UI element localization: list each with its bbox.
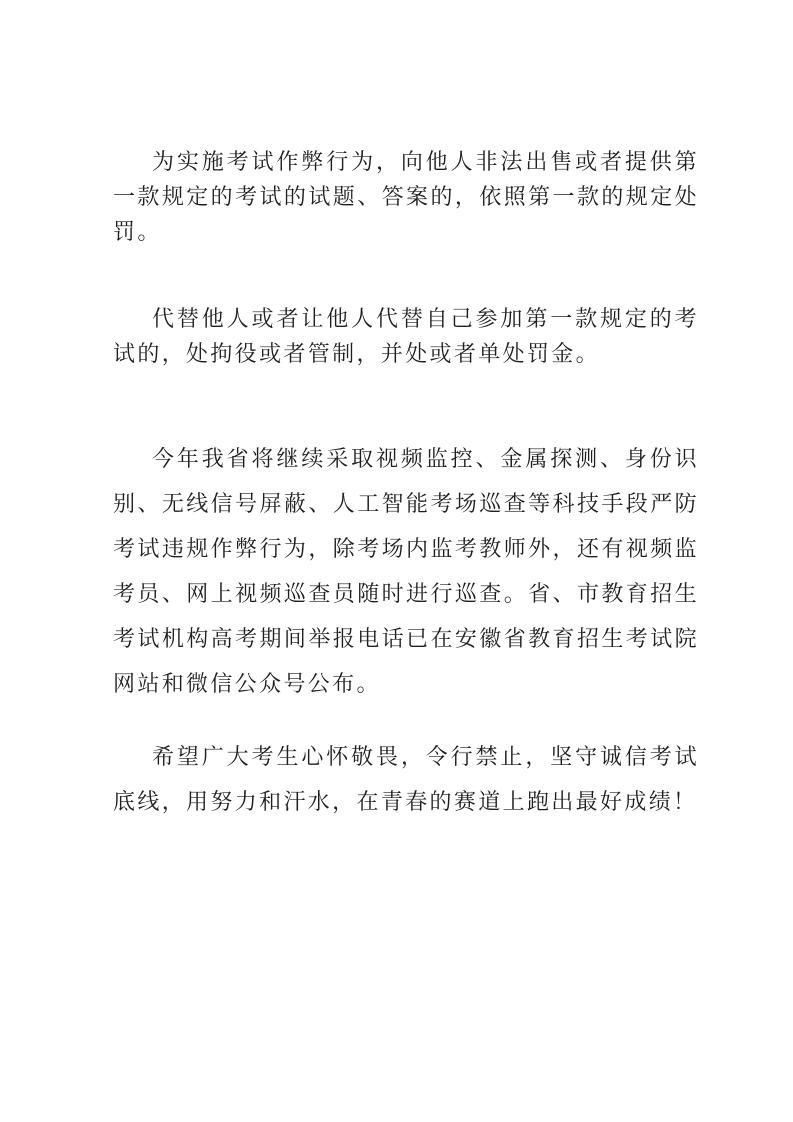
paragraph-penalty-selling-answers: 为实施考试作弊行为，向他人非法出售或者提供第一款规定的考试的试题、答案的，依照第… — [113, 144, 699, 249]
document-page: 为实施考试作弊行为，向他人非法出售或者提供第一款规定的考试的试题、答案的，依照第… — [0, 0, 793, 1122]
paragraph-anti-cheating-measures: 今年我省将继续采取视频监控、金属探测、身份识别、无线信号屏蔽、人工智能考场巡查等… — [113, 436, 699, 706]
document-body: 为实施考试作弊行为，向他人非法出售或者提供第一款规定的考试的试题、答案的，依照第… — [113, 0, 699, 824]
paragraph-closing-encouragement: 希望广大考生心怀敬畏，令行禁止，坚守诚信考试底线，用努力和汗水，在青春的赛道上跑… — [113, 734, 699, 824]
paragraph-penalty-impersonation: 代替他人或者让他人代替自己参加第一款规定的考试的，处拘役或者管制，并处或者单处罚… — [113, 301, 699, 371]
